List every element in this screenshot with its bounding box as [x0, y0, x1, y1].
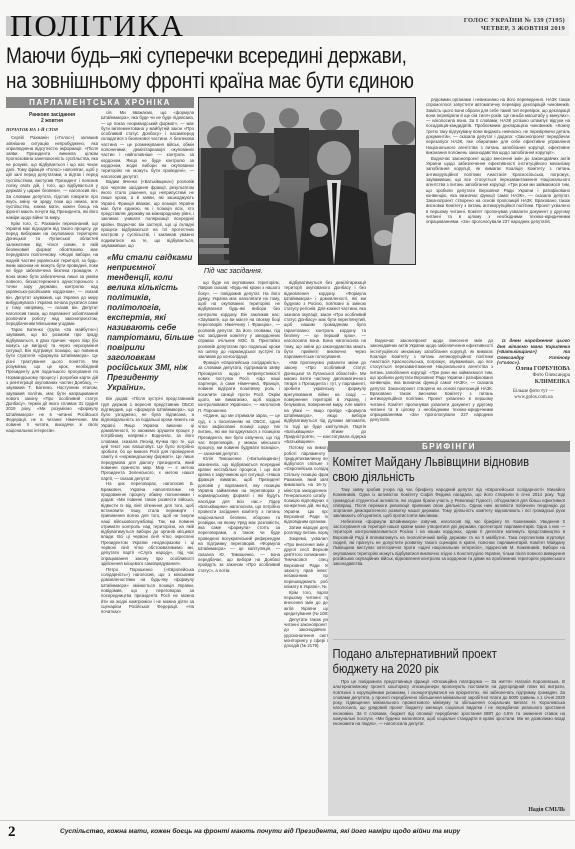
paragraph: Небезпеки «формули Штайнмаєра» озвучив, … — [333, 519, 565, 567]
page-number: 2 — [8, 824, 16, 841]
article-column-5-continued: Водночас законопроект щодо внесення змін… — [370, 338, 493, 438]
photo-credit-name: КЛИМЕНКА — [497, 379, 570, 386]
more-photos-link[interactable]: www.golos.com.ua — [497, 395, 570, 401]
briefing-2-body: Про це повідомила представниця фракції «… — [328, 679, 570, 807]
paragraph: Сергій Рахманін («Голос») залишив зовніш… — [6, 135, 98, 220]
paragraph: Про це повідомила представниця фракції «… — [333, 679, 565, 727]
paragraph: Таку заяву зробив учора під час брифінгу… — [333, 487, 565, 519]
article-column-2: сія. Ми вважаємо, що «формула Штайнмаєра… — [101, 110, 194, 815]
photo-caption: Під час засідання. — [204, 268, 263, 275]
newspaper-page: ПОЛІТИКА ГОЛОС УКРАЇНИ № 139 (7195) ЧЕТВ… — [0, 0, 575, 849]
briefing-1-body: Таку заяву зробив учора під час брифінгу… — [328, 487, 570, 635]
author-byline: Олена ГОРБУНОВА — [497, 366, 570, 373]
article-column-5: рядовими органами і невиконано на його п… — [426, 97, 570, 337]
session-photo — [198, 97, 416, 265]
paragraph: Тарас Батенко (група «За майбутнє») заув… — [6, 327, 98, 433]
paragraph: Петро Порошенко («Європейська солідарніс… — [101, 567, 194, 615]
paragraph: «Ми пропонуємо ухвалити зміни до закону … — [284, 360, 366, 445]
chronicle-rubric: ПАРЛАМЕНТСЬКА ХРОНІКА — [6, 97, 194, 108]
article-column-3: що буде на окупованих територіях, Лавров… — [198, 280, 280, 815]
briefing-1-title: Комітет Майдану Львівщини відновив свою … — [328, 452, 571, 487]
masthead: ПОЛІТИКА ГОЛОС УКРАЇНИ № 139 (7195) ЧЕТВ… — [6, 10, 569, 40]
article-closing-block: Із днем народження цього дня вітаємо Іва… — [497, 338, 570, 438]
headline-line-1: Маючи будь–які суперечки всередині держа… — [6, 43, 565, 68]
paragraph: Водночас законопроект щодо внесення змін… — [370, 338, 493, 423]
issue-date: ЧЕТВЕР, 3 ЖОВТНЯ 2019 — [464, 25, 565, 33]
pull-quote: «Ми стали свідками неприємної тенденції,… — [107, 252, 194, 392]
issue-number: ГОЛОС УКРАЇНИ № 139 (7195) — [464, 17, 565, 25]
issue-info: ГОЛОС УКРАЇНИ № 139 (7195) ЧЕТВЕР, 3 ЖОВ… — [464, 17, 565, 33]
briefings-box: БРИФІНГИ Комітет Майдану Львівщини відно… — [328, 441, 570, 816]
main-headline: Маючи будь–які суперечки всередині держа… — [6, 43, 565, 93]
article-column-1: Ранкове засідання 2 жовтня ПОЧАТОК НА 1-… — [6, 110, 98, 815]
briefing-2-author: Надія СМІЛЬ — [328, 807, 570, 814]
birthday-greeting: Із днем народження цього дня вітаємо Іва… — [497, 338, 570, 366]
paragraph: «Єдине, що ми отримали зараз, — це суд, … — [198, 413, 280, 455]
paragraph: рядовими органами і невиконано на його п… — [426, 97, 570, 155]
page-footer: 2 Суспільство, кожна мати, кожен боєць н… — [0, 820, 575, 849]
paragraph: Він додав: «Після зустрічі представників… — [101, 396, 194, 481]
section-title: ПОЛІТИКА — [10, 8, 185, 44]
paragraph: Крім того, С. Рахманін переконаний, що У… — [6, 221, 98, 327]
briefings-rubric: БРИФІНГИ — [328, 441, 570, 452]
briefing-2-title: Подано альтернативний проект бюджету на … — [328, 644, 571, 679]
headline-line-2: на зовнішньому фронті країна має бути єд… — [6, 68, 565, 93]
paragraph: Вадим Івченко («Батьківщина») розповів п… — [101, 179, 194, 248]
photo-parliament-deputies — [199, 98, 416, 265]
footer-quote: Суспільство, кожна мати, кожен боєць на … — [60, 828, 460, 835]
paragraph: Фракція «Європейська солідарність», за с… — [198, 360, 280, 413]
paragraph: Водночас законопроект щодо внесення змін… — [426, 156, 570, 225]
paragraph: що буде на окупованих територіях, Лавров… — [198, 280, 280, 359]
paragraph: відбуватимуться без демілітаризації тери… — [284, 280, 366, 359]
continued-from-label: ПОЧАТОК НА 1-Й СТОР. — [6, 127, 98, 132]
session-subheading: Ранкове засідання 2 жовтня — [6, 112, 98, 124]
paragraph: Юлія Тимошенко («Батьківщина») зазначила… — [198, 456, 280, 573]
paragraph: сія. Ми вважаємо, що «формула Штайнмаєра… — [101, 110, 194, 179]
paragraph: На цих переговорах, наголосив Б. Брамови… — [101, 481, 194, 566]
briefing-divider — [333, 639, 565, 640]
